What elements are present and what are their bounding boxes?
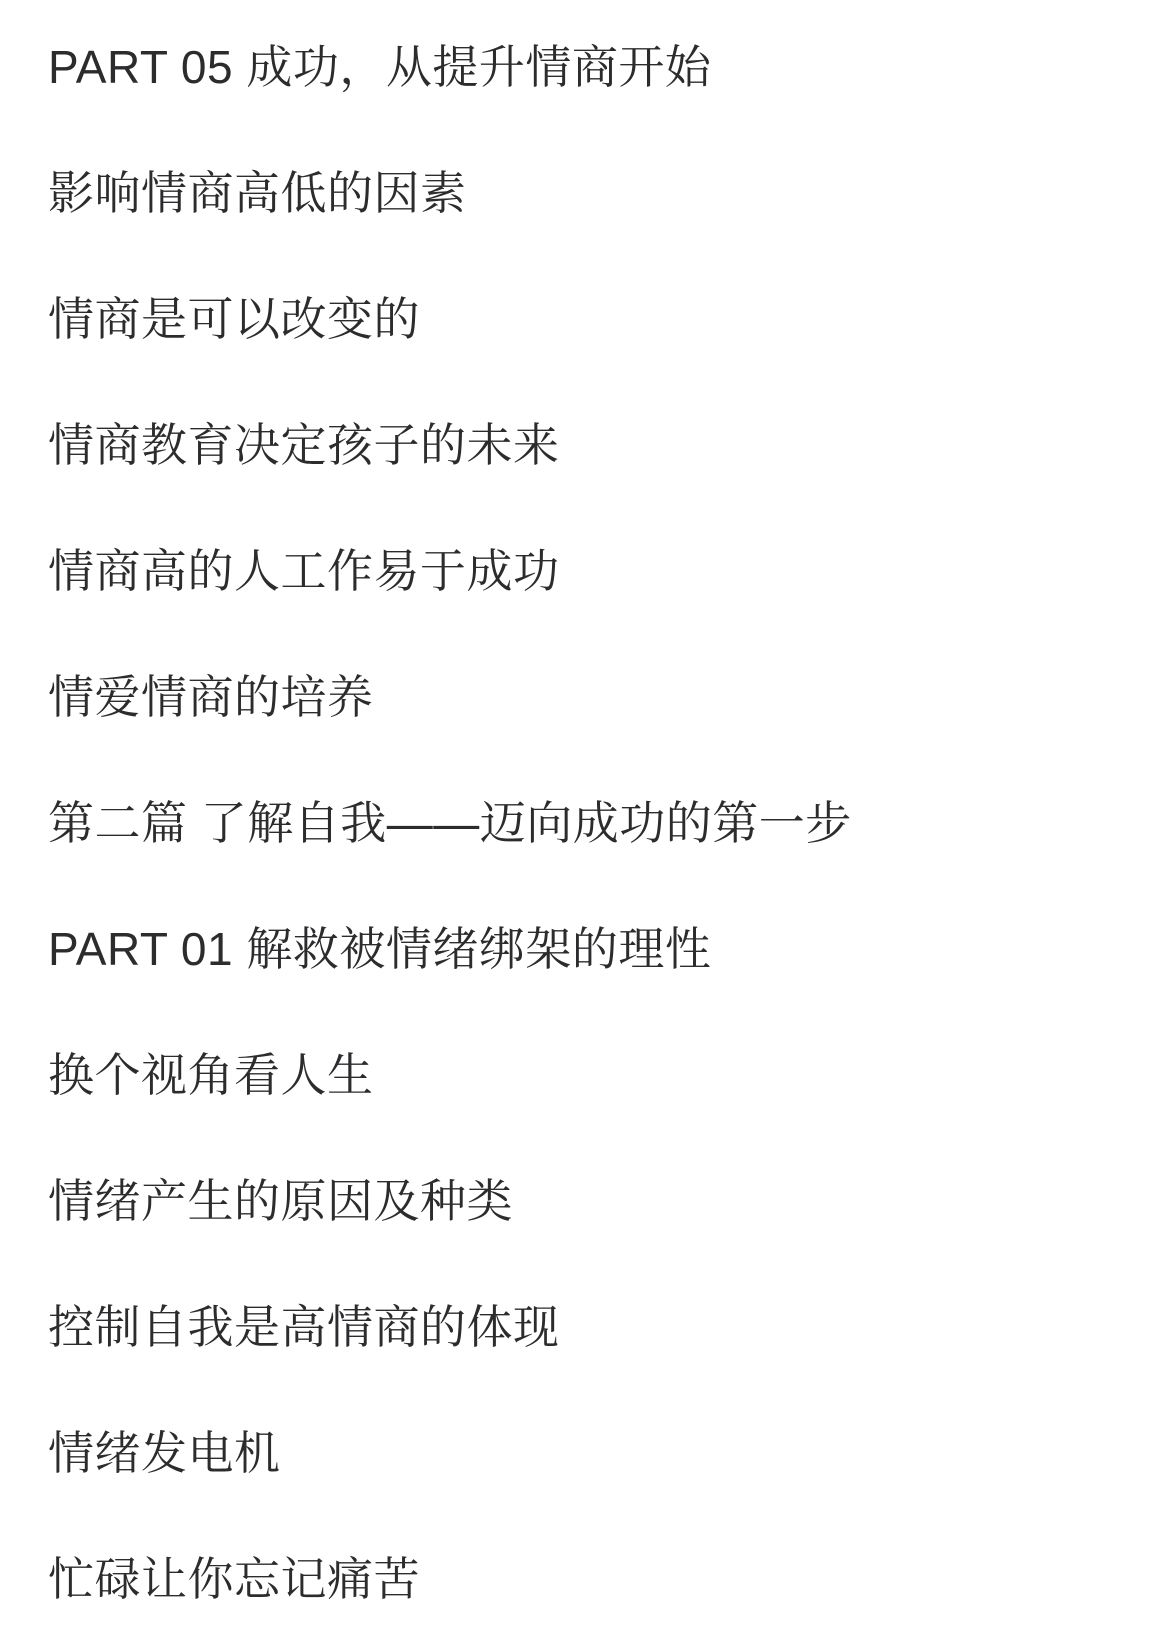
toc-page: PART 05 成功，从提升情商开始 影响情商高低的因素 情商是可以改变的 情商…	[0, 0, 1168, 1644]
toc-entry: 控制自我是高情商的体现	[48, 1304, 1128, 1351]
toc-entry-part-01: PART 01 解救被情绪绑架的理性	[48, 926, 1128, 973]
toc-entry: 情商教育决定孩子的未来	[48, 422, 1128, 469]
toc-entry: 情商高的人工作易于成功	[48, 548, 1128, 595]
toc-entry: 忙碌让你忘记痛苦	[48, 1556, 1128, 1603]
toc-entry: 情商是可以改变的	[48, 296, 1128, 343]
toc-entry-part-05: PART 05 成功，从提升情商开始	[48, 44, 1128, 91]
toc-entry: 情绪发电机	[48, 1430, 1128, 1477]
toc-entry: 换个视角看人生	[48, 1052, 1128, 1099]
toc-entry: 情绪产生的原因及种类	[48, 1178, 1128, 1225]
toc-entry: 影响情商高低的因素	[48, 170, 1128, 217]
toc-entry: 情爱情商的培养	[48, 674, 1128, 721]
toc-entry-section-2: 第二篇 了解自我——迈向成功的第一步	[48, 800, 1128, 847]
